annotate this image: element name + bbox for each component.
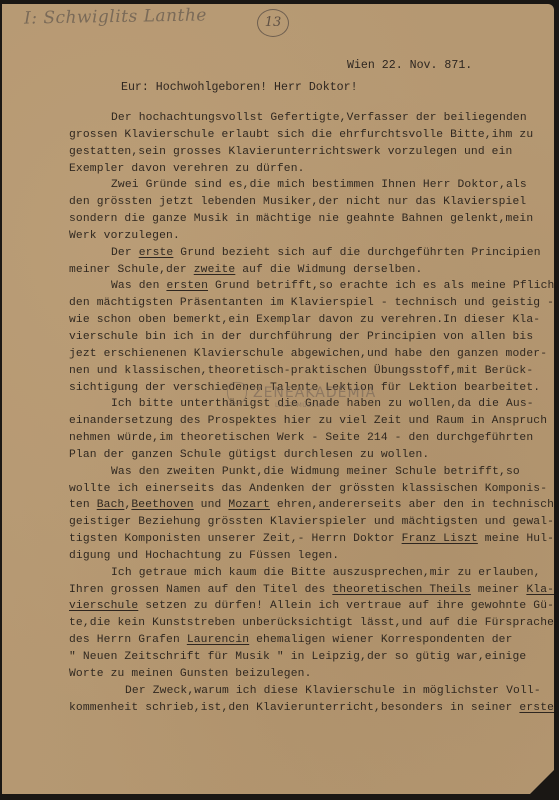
letter-line: kommenheit schrieb,ist,den Klavierunterr… [69,700,554,717]
letter-line: tigsten Komponisten unserer Zeit,- Herrn… [69,531,554,548]
line-text: Ich getraue mich kaum die Bitte auszuspr… [111,567,541,579]
line-text: meiner [471,584,526,596]
line-text: Was den [111,280,166,292]
line-text: kommenheit schrieb,ist,den Klavierunterr… [69,702,519,714]
letter-line: te,die kein Kunststreben unberücksichtig… [69,615,554,632]
line-text: wie schon oben bemerkt,ein Exemplar davo… [69,314,540,326]
underlined-text: vierschule [69,600,138,612]
letter-line: nehmen würde,im theoretischen Werk - Sei… [69,430,554,447]
line-text: den grössten jetzt lebenden Musiker,der … [69,196,526,208]
line-text: ten [69,499,97,511]
line-text: te,die kein Kunststreben unberücksichtig… [69,617,554,629]
underlined-text: theoretischen Theils [332,584,471,596]
letter-line: Worte zu meinen Gunsten beizulegen. [69,666,554,683]
line-text: wollte ich einerseits das Andenken der g… [69,483,547,495]
line-text: vierschule bin ich in der durchführung d… [69,331,533,343]
underlined-text: Beethoven [131,499,193,511]
watermark-subtext: LISZT MÚZEUM [275,402,376,409]
line-text: ehemaligen wiener Korrespondenten der [249,634,512,646]
letter-line: gestatten,sein grosses Klavierunterricht… [69,144,554,161]
underlined-text: zweite [194,264,236,276]
line-text: Zwei Gründe sind es,die mich bestimmen I… [111,179,527,191]
line-text: den mächtigsten Präsentanten im Klaviers… [69,297,554,309]
letter-line: des Herrn Grafen Laurencin ehemaligen wi… [69,632,554,649]
line-text: Was den zweiten Punkt,die Widmung meiner… [111,466,520,478]
letter-line: digung und Hochachtung zu Füssen legen. [69,548,554,565]
line-text: Worte zu meinen Gunsten beizulegen. [69,668,312,680]
letter-line: nen und klassischen,theoretisch-praktisc… [69,363,554,380]
underlined-text: Kla- [526,584,554,596]
line-text: tigsten Komponisten unserer Zeit,- Herrn… [69,533,402,545]
line-text: auf die Widmung derselben. [235,264,422,276]
underlined-text: Mozart [228,499,270,511]
line-text: meine Hul- [478,533,554,545]
letter-line: sondern die ganze Musik in mächtige nie … [69,211,554,228]
underlined-text: ersten [166,280,208,292]
archive-watermark: ZENEAKADÉMIA LISZT MÚZEUM [227,382,376,409]
line-text: setzen zu dürfen! Allein ich vertraue au… [138,600,554,612]
underlined-text: ersten [519,702,554,714]
letter-line: meiner Schule,der zweite auf die Widmung… [69,262,554,279]
letter-line: Plan der ganzen Schule gütigst durchlese… [69,447,554,464]
folio-number-circle: 13 [257,9,289,37]
dateline: Wien 22. Nov. 871. [347,59,472,72]
underlined-text: Franz Liszt [402,533,478,545]
letter-line: wollte ich einerseits das Andenken der g… [69,481,554,498]
line-text: Grund bezieht sich auf die durchgeführte… [173,247,540,259]
line-text: nen und klassischen,theoretisch-praktisc… [69,365,533,377]
line-text: Plan der ganzen Schule gütigst durchlese… [69,449,429,461]
watermark-text: ZENEAKADÉMIA [253,385,376,401]
handwritten-annotation: I: Schwiglits Lanthe [24,5,207,28]
line-text: nehmen würde,im theoretischen Werk - Sei… [69,432,533,444]
line-text: grossen Klavierschule erlaubt sich die e… [69,129,533,141]
letter-line: Werk vorzulegen. [69,228,554,245]
letter-line: Ihren grossen Namen auf den Titel des th… [69,582,554,599]
salutation: Eur: Hochwohlgeboren! Herr Doktor! [121,81,358,94]
line-text: Ihren grossen Namen auf den Titel des [69,584,332,596]
line-text: ehren,andererseits aber den in technisch [270,499,554,511]
letter-line: geistiger Beziehung grössten Klavierspie… [69,514,554,531]
torn-corner [526,768,554,794]
letter-line: vierschule bin ich in der durchführung d… [69,329,554,346]
letter-line: Was den zweiten Punkt,die Widmung meiner… [69,464,554,481]
line-text: einandersetzung des Prospektes hier zu v… [69,415,547,427]
underlined-text: Bach [97,499,125,511]
line-text: " Neuen Zeitschrift für Musik " in Leipz… [69,651,526,663]
line-text: sondern die ganze Musik in mächtige nie … [69,213,533,225]
letter-line: einandersetzung des Prospektes hier zu v… [69,413,554,430]
letter-line: Ich getraue mich kaum die Bitte auszuspr… [69,565,554,582]
line-text: Der Zweck,warum ich diese Klavierschule … [125,685,541,697]
letter-line: grossen Klavierschule erlaubt sich die e… [69,127,554,144]
letter-line: vierschule setzen zu dürfen! Allein ich … [69,598,554,615]
line-text: und [194,499,229,511]
line-text: geistiger Beziehung grössten Klavierspie… [69,516,554,528]
line-text: meiner Schule,der [69,264,194,276]
line-text: Grund betrifft,so erachte ich es als mei… [208,280,554,292]
letter-line: wie schon oben bemerkt,ein Exemplar davo… [69,312,554,329]
academy-emblem-icon [227,382,247,404]
letter-line: jezt erschienenen Klavierschule abgewich… [69,346,554,363]
letter-line: Der hochachtungsvollst Gefertigte,Verfas… [69,110,554,127]
letter-line: " Neuen Zeitschrift für Musik " in Leipz… [69,649,554,666]
letter-line: Der Zweck,warum ich diese Klavierschule … [69,683,554,700]
letter-page: I: Schwiglits Lanthe 13 Wien 22. Nov. 87… [2,4,554,794]
letter-line: den grössten jetzt lebenden Musiker,der … [69,194,554,211]
letter-line: Der erste Grund bezieht sich auf die dur… [69,245,554,262]
line-text: des Herrn Grafen [69,634,187,646]
line-text: Der hochachtungsvollst Gefertigte,Verfas… [111,112,527,124]
line-text: Werk vorzulegen. [69,230,180,242]
line-text: Der [111,247,139,259]
underlined-text: Laurencin [187,634,249,646]
letter-line: Was den ersten Grund betrifft,so erachte… [69,278,554,295]
letter-line: Exempler davon verehren zu dürfen. [69,161,554,178]
letter-line: Zwei Gründe sind es,die mich bestimmen I… [69,177,554,194]
letter-line: ten Bach,Beethoven und Mozart ehren,ande… [69,497,554,514]
line-text: gestatten,sein grosses Klavierunterricht… [69,146,512,158]
letter-body: Der hochachtungsvollst Gefertigte,Verfas… [69,110,554,716]
letter-line: den mächtigsten Präsentanten im Klaviers… [69,295,554,312]
line-text: Exempler davon verehren zu dürfen. [69,163,305,175]
line-text: digung und Hochachtung zu Füssen legen. [69,550,339,562]
underlined-text: erste [139,247,174,259]
line-text: jezt erschienenen Klavierschule abgewich… [69,348,547,360]
